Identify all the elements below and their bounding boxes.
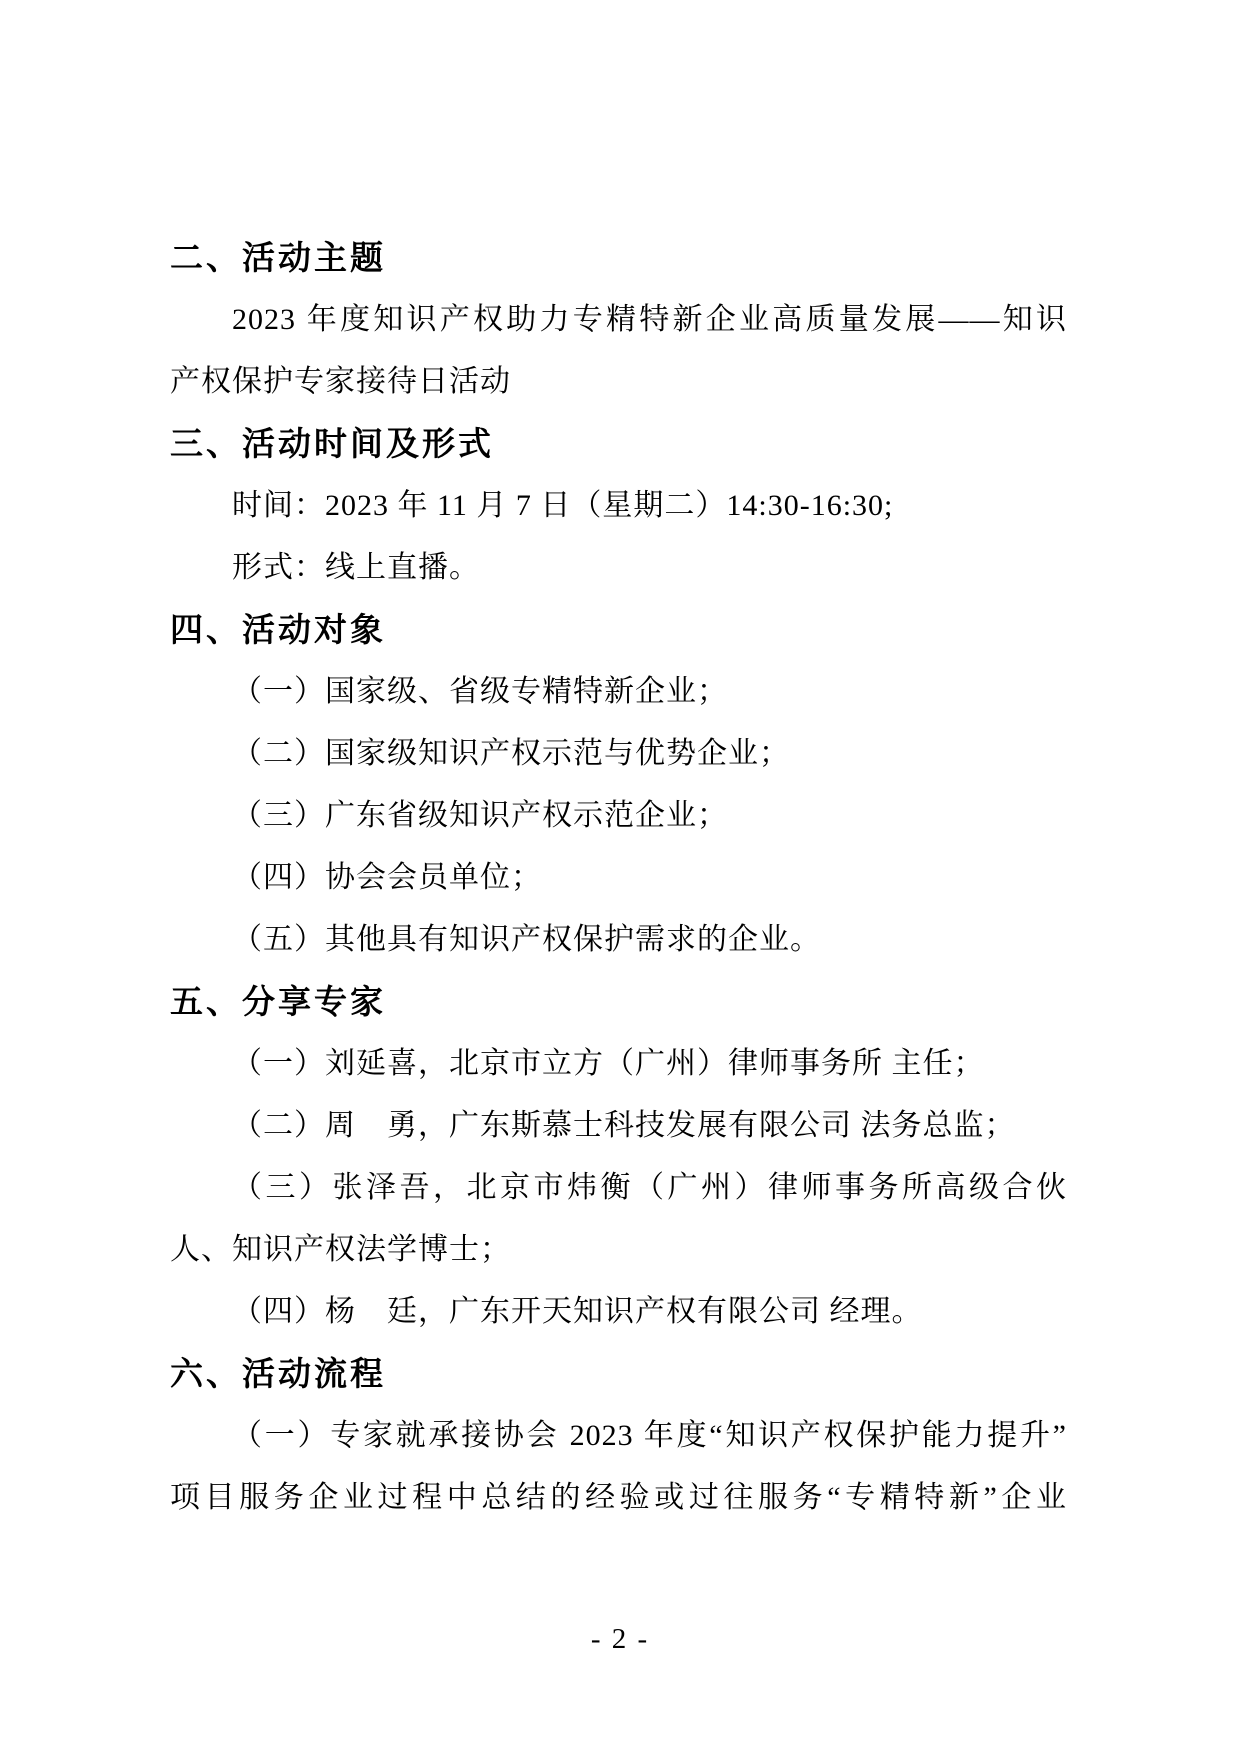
audience-item-2: （二）国家级知识产权示范与优势企业；: [170, 723, 1067, 785]
process-item-1-line-2: 项目服务企业过程中总结的经验或过往服务“专精特新”企业: [170, 1467, 1067, 1529]
heading-activity-process: 六、活动流程: [170, 1343, 1067, 1405]
audience-item-4: （四）协会会员单位；: [170, 847, 1067, 909]
expert-item-2: （二）周 勇，广东斯慕士科技发展有限公司 法务总监；: [170, 1095, 1067, 1157]
heading-sharing-experts: 五、分享专家: [170, 971, 1067, 1033]
expert-item-3-line-2: 人、知识产权法学博士；: [170, 1219, 1067, 1281]
audience-item-5: （五）其他具有知识产权保护需求的企业。: [170, 909, 1067, 971]
paragraph-time: 时间：2023 年 11 月 7 日（星期二）14:30-16:30;: [170, 475, 1067, 537]
audience-item-3: （三）广东省级知识产权示范企业；: [170, 785, 1067, 847]
expert-item-1: （一）刘延喜，北京市立方（广州）律师事务所 主任；: [170, 1033, 1067, 1095]
document-page: 二、活动主题 2023 年度知识产权助力专精特新企业高质量发展——知识 产权保护…: [0, 0, 1240, 1754]
page-number: - 2 -: [0, 1618, 1240, 1660]
expert-item-3-line-1: （三）张泽吾，北京市炜衡（广州）律师事务所高级合伙: [170, 1157, 1067, 1219]
heading-target-audience: 四、活动对象: [170, 599, 1067, 661]
heading-time-format: 三、活动时间及形式: [170, 413, 1067, 475]
expert-item-4: （四）杨 廷，广东开天知识产权有限公司 经理。: [170, 1281, 1067, 1343]
heading-activity-theme: 二、活动主题: [170, 227, 1067, 289]
paragraph-format: 形式：线上直播。: [170, 537, 1067, 599]
paragraph-theme-line-2: 产权保护专家接待日活动: [170, 351, 1067, 413]
document-body: 二、活动主题 2023 年度知识产权助力专精特新企业高质量发展——知识 产权保护…: [170, 227, 1067, 1529]
process-item-1-line-1: （一）专家就承接协会 2023 年度“知识产权保护能力提升”: [170, 1405, 1067, 1467]
audience-item-1: （一）国家级、省级专精特新企业；: [170, 661, 1067, 723]
paragraph-theme-line-1: 2023 年度知识产权助力专精特新企业高质量发展——知识: [170, 289, 1067, 351]
